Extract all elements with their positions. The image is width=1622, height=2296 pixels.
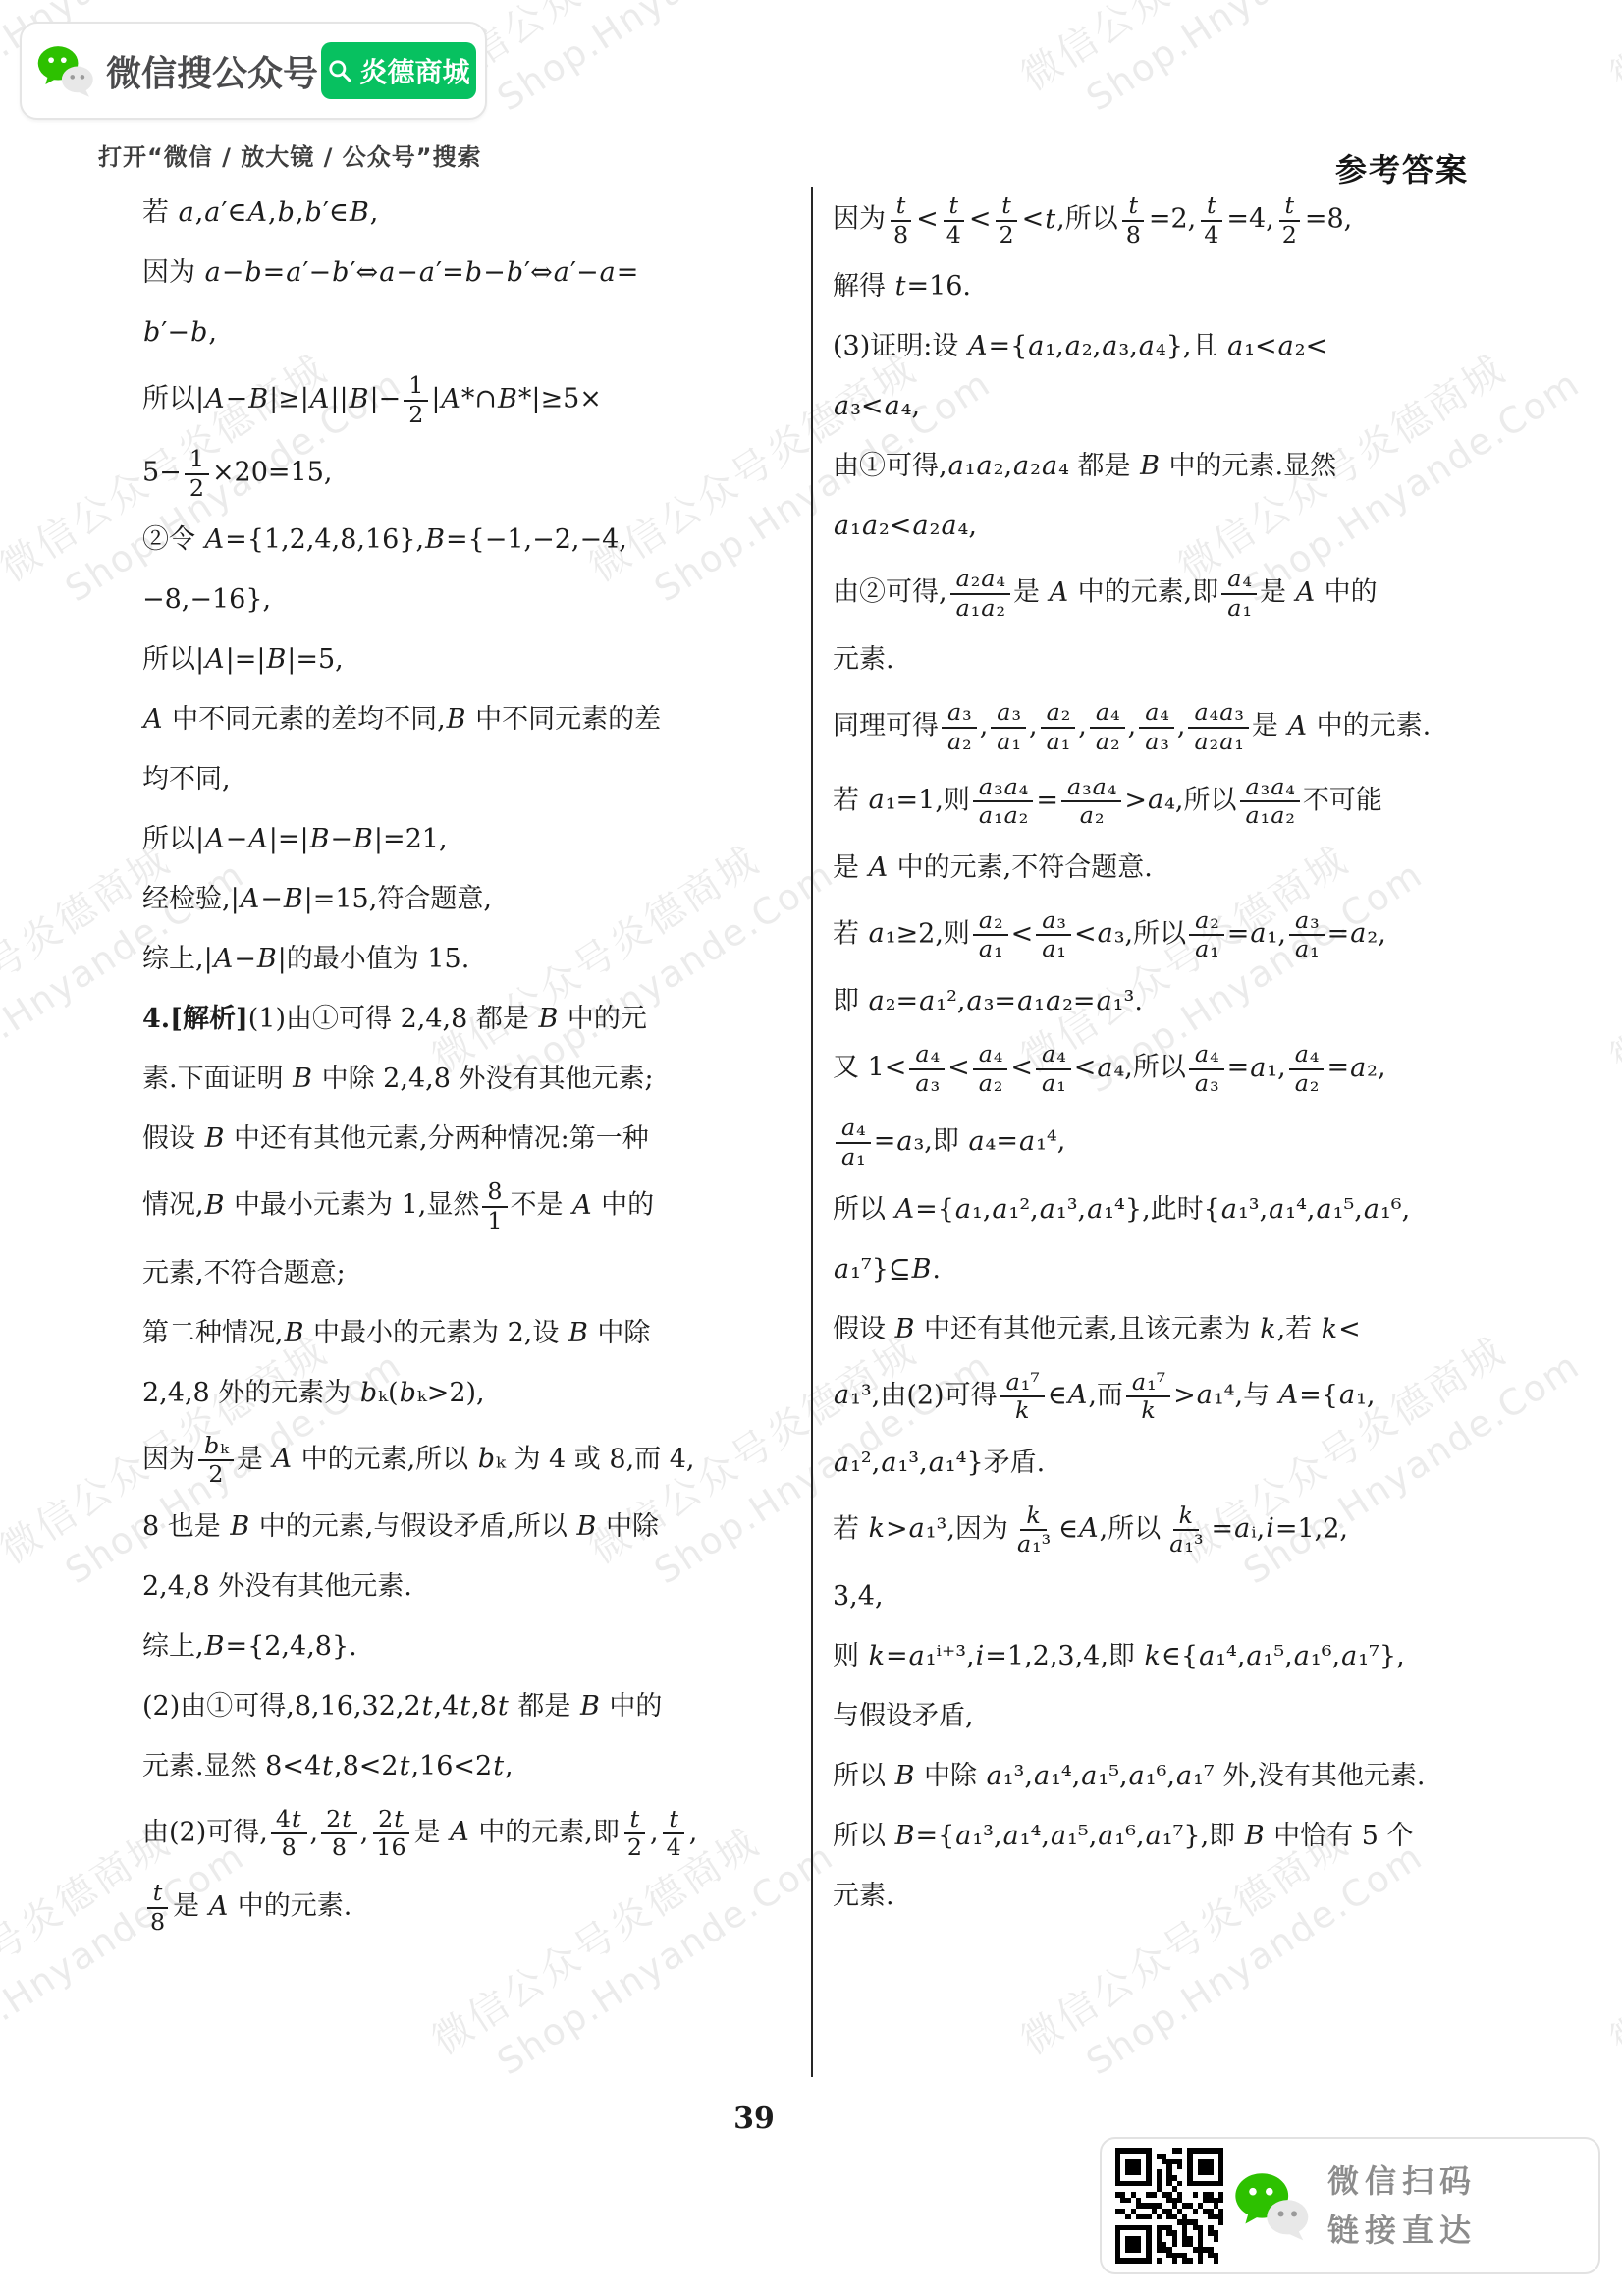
fraction: a₃a₁ xyxy=(991,699,1026,754)
fraction: a₂a₁ xyxy=(1189,907,1224,962)
fraction: ka₁³ xyxy=(1011,1503,1055,1558)
text-line: 所以|A|=|B|=5, xyxy=(142,639,790,681)
page-number: 39 xyxy=(730,2102,778,2136)
text-line: 由②可得,a₂a₄a₁a₂是 A 中的元素,即a₄a₁是 A 中的 xyxy=(833,566,1481,621)
text-line: −8,−16}, xyxy=(142,579,790,621)
text-line: (3)证明:设 A={a₁,a₂,a₃,a₄},且 a₁<a₂< xyxy=(833,326,1481,367)
text-line: a₁a₂<a₂a₄, xyxy=(833,506,1481,547)
text-line: 若 a,a′∈A,b,b′∈B, xyxy=(142,192,790,234)
text-line: 同理可得a₃a₂,a₃a₁,a₂a₁,a₄a₂,a₄a₃,a₄a₃a₂a₁是 A… xyxy=(833,699,1481,754)
fraction: a₄a₁ xyxy=(836,1115,871,1170)
fraction: t2 xyxy=(995,192,1019,247)
fraction: t8 xyxy=(1121,192,1146,247)
text-line: 4.[解析](1)由①可得 2,4,8 都是 B 中的元 xyxy=(142,999,790,1040)
text-line: 与假设矛盾, xyxy=(833,1696,1481,1737)
text-line: 因为 a−b=a′−b′⇔a−a′=b−b′⇔a′−a= xyxy=(142,252,790,294)
text-line: 解得 t=16. xyxy=(833,266,1481,307)
text-line: a₁⁷}⊆B. xyxy=(833,1249,1481,1290)
text-line: 2,4,8 外的元素为 bₖ(bₖ>2), xyxy=(142,1373,790,1414)
fraction: t4 xyxy=(1199,192,1223,247)
answer-column-left: 若 a,a′∈A,b,b′∈B,因为 a−b=a′−b′⇔a−a′=b−b′⇔a… xyxy=(142,192,790,1953)
fraction: 2t8 xyxy=(321,1806,357,1861)
text-line: a₄a₁=a₃,即 a₄=a₁⁴, xyxy=(833,1115,1481,1170)
fraction: a₄a₃ xyxy=(909,1041,945,1096)
fraction: a₄a₁ xyxy=(1221,566,1257,621)
fraction: a₂a₄a₁a₂ xyxy=(950,566,1010,621)
fraction: 2t16 xyxy=(371,1806,410,1861)
qr-captions: 微信扫码 链接直达 xyxy=(1327,2157,1477,2255)
fraction: t4 xyxy=(662,1806,686,1861)
column-divider xyxy=(811,187,813,2077)
text-line: 元素,不符合题意; xyxy=(142,1253,790,1294)
text-line: 所以 B 中除 a₁³,a₁⁴,a₁⁵,a₁⁶,a₁⁷ 外,没有其他元素. xyxy=(833,1756,1481,1797)
watermark-tile: 微信公众号炎德商城Shop.Hnyande.Com xyxy=(1600,804,1622,1130)
search-icon xyxy=(327,58,352,83)
answers-title: 参考答案 xyxy=(1335,145,1469,191)
text-line: 素.下面证明 B 中除 2,4,8 外没有其他元素; xyxy=(142,1059,790,1100)
watermark-tile: 微信公众号炎德商城Shop.Hnyande.Com xyxy=(1600,1786,1622,2112)
text-line: 是 A 中的元素,不符合题意. xyxy=(833,847,1481,889)
fraction: t8 xyxy=(145,1880,170,1935)
fraction: 4t8 xyxy=(271,1806,307,1861)
text-line: 所以|A−A|=|B−B|=21, xyxy=(142,819,790,860)
fraction: a₃a₄a₁a₂ xyxy=(973,774,1033,829)
text-line: 8 也是 B 中的元素,与假设矛盾,所以 B 中除 xyxy=(142,1506,790,1548)
text-line: 由①可得,a₁a₂,a₂a₄ 都是 B 中的元素.显然 xyxy=(833,446,1481,487)
text-line: 3,4, xyxy=(833,1576,1481,1617)
fraction: a₄a₃a₂a₁ xyxy=(1188,699,1248,754)
wechat-icon xyxy=(1231,2169,1316,2242)
text-line: t8是 A 中的元素. xyxy=(142,1880,790,1935)
watermark-tile: 微信公众号炎德商城Shop.Hnyande.Com xyxy=(1600,0,1622,148)
text-line: 所以 B={a₁³,a₁⁴,a₁⁵,a₁⁶,a₁⁷},即 B 中恰有 5 个 xyxy=(833,1816,1481,1857)
text-line: 若 a₁≥2,则a₂a₁<a₃a₁<a₃,所以a₂a₁=a₁,a₃a₁=a₂, xyxy=(833,907,1481,962)
text-line: 所以 A={a₁,a₁²,a₁³,a₁⁴},此时{a₁³,a₁⁴,a₁⁵,a₁⁶… xyxy=(833,1189,1481,1230)
text-line: 由(2)可得,4t8,2t8,2t16是 A 中的元素,即t2,t4, xyxy=(142,1806,790,1861)
fraction: t2 xyxy=(622,1806,647,1861)
wechat-search-card: 微信搜公众号 炎德商城 xyxy=(20,22,487,120)
answer-book-page: { "header": { "wechat_label": "微信搜公众号", … xyxy=(0,0,1622,2296)
fraction: a₃a₄a₁a₂ xyxy=(1240,774,1300,829)
text-line: 又 1<a₄a₃<a₄a₂<a₄a₁<a₄,所以a₄a₃=a₁,a₄a₂=a₂, xyxy=(833,1041,1481,1096)
fraction: a₄a₁ xyxy=(1036,1041,1071,1096)
text-line: a₁²,a₁³,a₁⁴}矛盾. xyxy=(833,1443,1481,1484)
fraction: a₄a₂ xyxy=(973,1041,1008,1096)
fraction: a₄a₂ xyxy=(1090,699,1125,754)
search-instruction: 打开“微信 / 放大镜 / 公众号”搜索 xyxy=(98,137,482,172)
text-line: 所以|A−B|≥|A||B|−12|A*∩B*|≥5× xyxy=(142,372,790,427)
text-line: 元素. xyxy=(833,639,1481,681)
text-line: 情况,B 中最小元素为 1,显然81不是 A 中的 xyxy=(142,1178,790,1233)
watermark-tile: 微信公众号炎德商城Shop.Hnyande.Com xyxy=(1011,0,1433,148)
fraction: a₃a₁ xyxy=(1289,907,1325,962)
text-line: 均不同, xyxy=(142,759,790,800)
text-line: b′−b, xyxy=(142,312,790,354)
answer-column-right: 因为t8<t4<t2<t,所以t8=2,t4=4,t2=8,解得 t=16.(3… xyxy=(833,192,1481,1936)
text-line: 2,4,8 外没有其他元素. xyxy=(142,1566,790,1608)
text-line: 因为t8<t4<t2<t,所以t8=2,t4=4,t2=8, xyxy=(833,192,1481,247)
text-line: 综上,|A−B|的最小值为 15. xyxy=(142,939,790,980)
fraction: 12 xyxy=(185,446,209,501)
fraction: a₃a₂ xyxy=(942,699,977,754)
text-line: 元素. xyxy=(833,1876,1481,1917)
fraction: bₖ2 xyxy=(198,1433,234,1488)
qr-caption-line1: 微信扫码 xyxy=(1327,2157,1477,2206)
fraction: 12 xyxy=(404,372,428,427)
fraction: a₄a₂ xyxy=(1289,1041,1325,1096)
fraction: a₁⁷k xyxy=(1000,1369,1045,1424)
fraction: a₁⁷k xyxy=(1126,1369,1170,1424)
fraction: a₃a₁ xyxy=(1036,907,1071,962)
text-line: ②令 A={1,2,4,8,16},B={−1,−2,−4, xyxy=(142,519,790,561)
text-line: 综上,B={2,4,8}. xyxy=(142,1626,790,1667)
fraction: t2 xyxy=(1277,192,1302,247)
wechat-search-label: 微信搜公众号 xyxy=(106,46,318,96)
fraction: 81 xyxy=(482,1178,507,1233)
text-line: 若 a₁=1,则a₃a₄a₁a₂=a₃a₄a₂>a₄,所以a₃a₄a₁a₂不可能 xyxy=(833,774,1481,829)
brand-search-button[interactable]: 炎德商城 xyxy=(321,42,476,99)
qr-panel: 微信扫码 链接直达 xyxy=(1100,2137,1600,2274)
text-line: (2)由①可得,8,16,32,2t,4t,8t 都是 B 中的 xyxy=(142,1686,790,1727)
text-line: 即 a₂=a₁²,a₃=a₁a₂=a₁³. xyxy=(833,981,1481,1022)
wechat-logo-icon xyxy=(35,43,98,98)
text-line: a₃<a₄, xyxy=(833,386,1481,427)
brand-button-label: 炎德商城 xyxy=(359,51,469,90)
text-line: 5−12×20=15, xyxy=(142,446,790,501)
fraction: a₂a₁ xyxy=(1041,699,1076,754)
fraction: a₂a₁ xyxy=(973,907,1008,962)
fraction: a₄a₃ xyxy=(1139,699,1174,754)
text-line: 则 k=a₁ⁱ⁺³,i=1,2,3,4,即 k∈{a₁⁴,a₁⁵,a₁⁶,a₁⁷… xyxy=(833,1636,1481,1677)
text-line: 假设 B 中还有其他元素,且该元素为 k,若 k< xyxy=(833,1309,1481,1350)
fraction: ka₁³ xyxy=(1163,1503,1208,1558)
text-line: 元素.显然 8<4t,8<2t,16<2t, xyxy=(142,1746,790,1787)
fraction: t8 xyxy=(889,192,913,247)
fraction: a₃a₄a₂ xyxy=(1061,774,1121,829)
qr-caption-line2: 链接直达 xyxy=(1327,2206,1477,2255)
fraction: t4 xyxy=(942,192,966,247)
text-line: 假设 B 中还有其他元素,分两种情况:第一种 xyxy=(142,1119,790,1160)
text-line: A 中不同元素的差均不同,B 中不同元素的差 xyxy=(142,699,790,740)
text-line: 因为bₖ2是 A 中的元素,所以 bₖ 为 4 或 8,而 4, xyxy=(142,1433,790,1488)
text-line: 经检验,|A−B|=15,符合题意, xyxy=(142,879,790,920)
text-line: 第二种情况,B 中最小的元素为 2,设 B 中除 xyxy=(142,1313,790,1354)
text-line: a₁³,由(2)可得a₁⁷k∈A,而a₁⁷k>a₁⁴,与 A={a₁, xyxy=(833,1369,1481,1424)
text-line: 若 k>a₁³,因为ka₁³∈A,所以ka₁³=aᵢ,i=1,2, xyxy=(833,1503,1481,1558)
qr-code xyxy=(1115,2148,1223,2264)
fraction: a₄a₃ xyxy=(1189,1041,1224,1096)
